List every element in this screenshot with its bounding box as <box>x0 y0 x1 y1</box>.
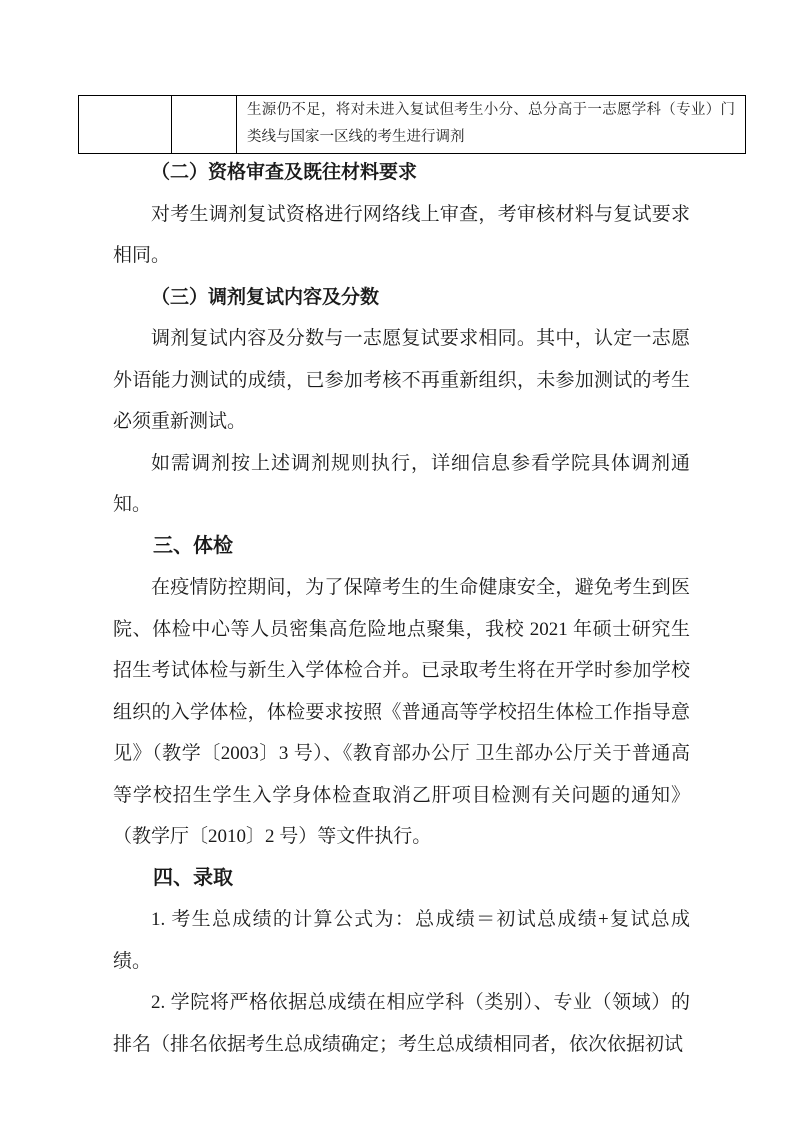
continuation-table: 生源仍不足，将对未进入复试但考生小分、总分高于一志愿学科（专业）门类线与国家一区… <box>78 95 746 154</box>
paragraph-admission-formula: 1. 考生总成绩的计算公式为：总成绩＝初试总成绩+复试总成绩。 <box>113 899 690 982</box>
heading-physical-exam: 三、体检 <box>113 526 690 568</box>
heading-qualification-review: （二）资格审查及既往材料要求 <box>113 152 690 194</box>
table-cell-empty-2 <box>172 96 237 154</box>
paragraph-physical-exam: 在疫情防控期间，为了保障考生的生命健康安全，避免考生到医院、体检中心等人员密集高… <box>113 567 690 858</box>
heading-retest-content-score: （三）调剂复试内容及分数 <box>113 277 690 319</box>
paragraph-transfer-rule-notice: 如需调剂按上述调剂规则执行，详细信息参看学院具体调剂通知。 <box>113 443 690 526</box>
paragraph-retest-content-score: 调剂复试内容及分数与一志愿复试要求相同。其中，认定一志愿外语能力测试的成绩，已参… <box>113 318 690 443</box>
table-row: 生源仍不足，将对未进入复试但考生小分、总分高于一志愿学科（专业）门类线与国家一区… <box>79 96 746 154</box>
heading-admission: 四、录取 <box>113 858 690 900</box>
paragraph-admission-ranking: 2. 学院将严格依据总成绩在相应学科（类别）、专业（领域）的排名（排名依据考生总… <box>113 982 690 1065</box>
paragraph-qualification-review: 对考生调剂复试资格进行网络线上审查，考审核材料与复试要求相同。 <box>113 194 690 277</box>
document-body: （二）资格审查及既往材料要求 对考生调剂复试资格进行网络线上审查，考审核材料与复… <box>113 152 690 1065</box>
document-page: 生源仍不足，将对未进入复试但考生小分、总分高于一志愿学科（专业）门类线与国家一区… <box>0 0 793 1122</box>
table-cell-empty-1 <box>79 96 172 154</box>
table-cell-transfer-rule: 生源仍不足，将对未进入复试但考生小分、总分高于一志愿学科（专业）门类线与国家一区… <box>237 96 746 154</box>
